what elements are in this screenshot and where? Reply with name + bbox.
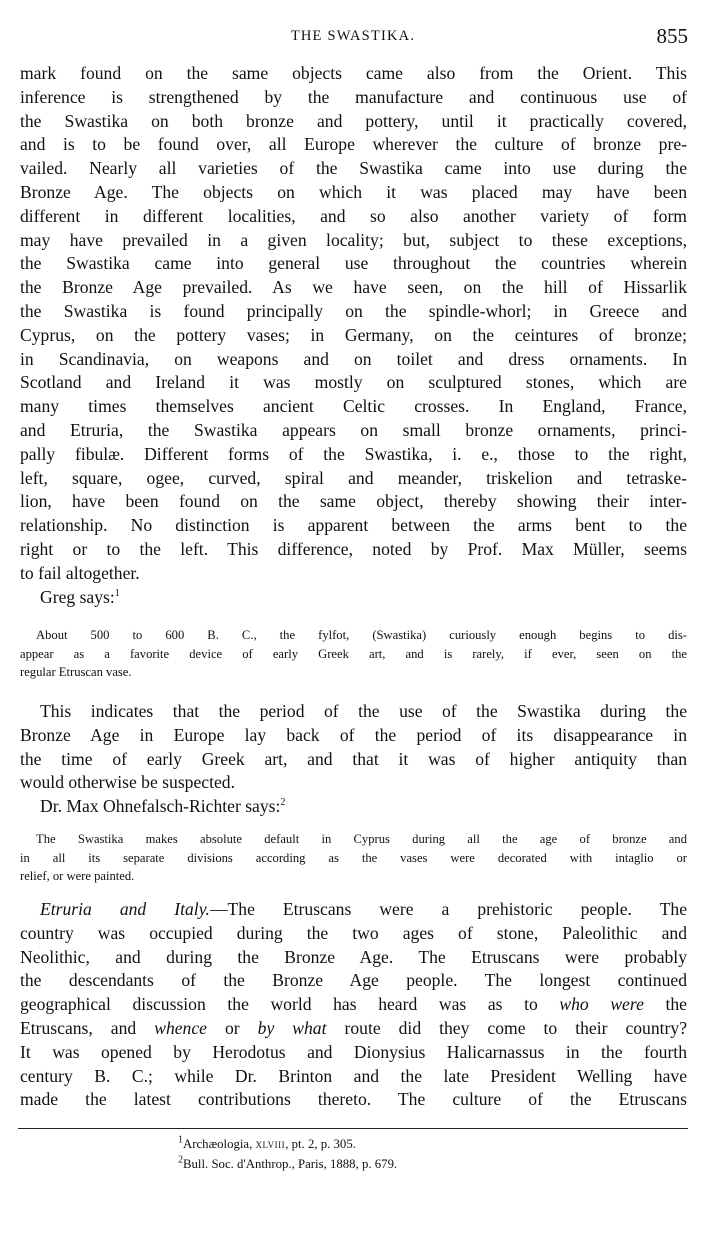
text-line: Bronze Age. The objects on which it was … (20, 181, 687, 205)
text-line: Etruria and Italy.—The Etruscans were a … (20, 898, 687, 922)
footnote-1: 1Archæologia, xlviii, pt. 2, p. 305. (178, 1134, 397, 1154)
text-span: geographical discussion the world has he… (20, 994, 559, 1014)
running-header: THE SWASTIKA. 855 (18, 26, 688, 52)
text-line: Neolithic, and during the Bronze Age. Th… (20, 946, 687, 970)
running-title: THE SWASTIKA. (18, 28, 688, 45)
text-line: left, square, ogee, curved, spiral and m… (20, 467, 687, 491)
page-number: 855 (657, 24, 689, 49)
paragraph-2: This indicates that the period of the us… (20, 700, 687, 819)
text-line: lion, have been found on the same object… (20, 490, 687, 514)
text-line: pally fibulæ. Different forms of the Swa… (20, 443, 687, 467)
text-line: the Swastika came into general use throu… (20, 252, 687, 276)
text-line: vailed. Nearly all varieties of the Swas… (20, 157, 687, 181)
text-line: Bronze Age in Europe lay back of the per… (20, 724, 687, 748)
text-line: Scotland and Ireland it was mostly on sc… (20, 371, 687, 395)
text-span: or (207, 1018, 258, 1038)
text-span: —The Etruscans were a prehistoric people… (210, 899, 687, 919)
paragraph-3-etruria: Etruria and Italy.—The Etruscans were a … (20, 898, 687, 1112)
paragraph-1: mark found on the same objects came also… (20, 62, 687, 609)
italic-span: by what (258, 1018, 327, 1038)
text-line: the Bronze Age prevailed. As we have see… (20, 276, 687, 300)
text-line: made the latest contributions thereto. T… (20, 1088, 687, 1112)
text-line: to fail altogether. (20, 562, 687, 586)
text-line: mark found on the same objects came also… (20, 62, 687, 86)
text-span: the (644, 994, 687, 1014)
text-line: and Etruria, the Swastika appears on sma… (20, 419, 687, 443)
text-line: may have prevailed in a given locality; … (20, 229, 687, 253)
text-line: different in different localities, and s… (20, 205, 687, 229)
text-line: in Scandinavia, on weapons and on toilet… (20, 348, 687, 372)
richter-says-text: Dr. Max Ohnefalsch-Richter says: (40, 796, 280, 816)
text-line: Cyprus, on the pottery vases; in Germany… (20, 324, 687, 348)
quote-line: About 500 to 600 B. C., the fylfot, (Swa… (20, 626, 687, 645)
italic-span: who were (559, 994, 643, 1014)
text-span: Etruscans, and (20, 1018, 154, 1038)
text-line: the Swastika on both bronze and pottery,… (20, 110, 687, 134)
quote-line: in all its separate divisions according … (20, 849, 687, 868)
text-line: and is to be found over, all Europe wher… (20, 133, 687, 157)
text-line: relationship. No distinction is apparent… (20, 514, 687, 538)
footnote-ref-2[interactable]: 2 (280, 797, 285, 808)
quote-line: relief, or were painted. (20, 867, 687, 886)
footnotes: 1Archæologia, xlviii, pt. 2, p. 305. 2Bu… (178, 1134, 397, 1174)
italic-span: whence (154, 1018, 207, 1038)
text-line: inference is strengthened by the manufac… (20, 86, 687, 110)
footnote-text: Archæologia, (183, 1137, 256, 1151)
block-quote-richter: The Swastika makes absolute default in C… (20, 830, 687, 886)
quote-line: The Swastika makes absolute default in C… (20, 830, 687, 849)
quote-line: regular Etruscan vase. (20, 663, 687, 682)
footnote-2: 2Bull. Soc. d'Anthrop., Paris, 1888, p. … (178, 1154, 397, 1174)
footnote-text: Bull. Soc. d'Anthrop., Paris, 1888, p. 6… (183, 1157, 397, 1171)
block-quote-greg: About 500 to 600 B. C., the fylfot, (Swa… (20, 626, 687, 682)
footnote-volume: xlviii (256, 1137, 286, 1151)
text-line: right or to the left. This difference, n… (20, 538, 687, 562)
greg-says-text: Greg says: (40, 587, 115, 607)
footnote-divider (18, 1128, 688, 1129)
quote-line: appear as a favorite device of early Gre… (20, 645, 687, 664)
section-heading-etruria: Etruria and Italy. (40, 899, 210, 919)
text-line: country was occupied during the two ages… (20, 922, 687, 946)
footnote-text: , pt. 2, p. 305. (285, 1137, 356, 1151)
text-line: the Swastika is found principally on the… (20, 300, 687, 324)
document-page: THE SWASTIKA. 855 mark found on the same… (0, 0, 723, 1249)
text-line: would otherwise be suspected. (20, 771, 687, 795)
text-span: route did they come to their country? (326, 1018, 687, 1038)
text-line: geographical discussion the world has he… (20, 993, 687, 1017)
greg-says-line: Greg says:1 (20, 586, 687, 610)
text-line: the time of early Greek art, and that it… (20, 748, 687, 772)
text-line: the descendants of the Bronze Age people… (20, 969, 687, 993)
text-line: It was opened by Herodotus and Dionysius… (20, 1041, 687, 1065)
text-line: many times themselves ancient Celtic cro… (20, 395, 687, 419)
richter-says-line: Dr. Max Ohnefalsch-Richter says:2 (20, 795, 687, 819)
footnote-ref-1[interactable]: 1 (115, 588, 120, 599)
text-line: Etruscans, and whence or by what route d… (20, 1017, 687, 1041)
text-line: century B. C.; while Dr. Brinton and the… (20, 1065, 687, 1089)
text-line: This indicates that the period of the us… (20, 700, 687, 724)
